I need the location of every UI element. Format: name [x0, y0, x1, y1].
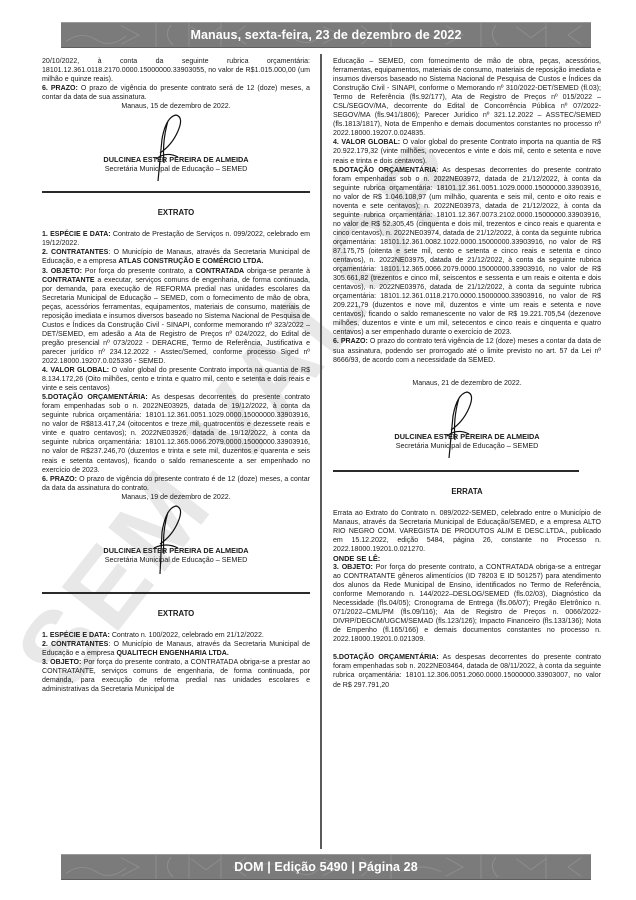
place-date: Manaus, 21 de dezembro de 2022.	[333, 379, 601, 388]
objeto-clause: 3. OBJETO: Por força do presente contrat…	[42, 658, 310, 694]
prazo-clause: 6. PRAZO: O prazo do contrato terá vigên…	[333, 337, 601, 364]
especie-clause: 1. ESPÉCIE E DATA: Contrato n. 100/2022,…	[42, 631, 310, 640]
extrato-title: EXTRATO	[42, 208, 310, 217]
prazo-clause: 6. PRAZO: O prazo de vigência do present…	[42, 84, 310, 102]
extrato-title: EXTRATO	[42, 609, 310, 618]
dotacao-clause: 5.DOTAÇÃO ORÇAMENTÁRIA: As despesas deco…	[333, 166, 601, 338]
signatory-role: Secretária Municipal de Educação – SEMED	[42, 164, 310, 173]
contratantes-clause: 2. CONTRATANTES: O Município de Manaus, …	[42, 640, 310, 658]
contract-continuation: 20/10/2022, à conta da seguinte rubrica …	[42, 57, 310, 84]
column-divider	[320, 54, 322, 849]
signature-block: DULCINEA ESTER PEREIRA DE ALMEIDA Secret…	[42, 502, 310, 574]
objeto-continuation: Educação – SEMED, com fornecimento de mã…	[333, 57, 601, 138]
onde-se-le-heading: ONDE SE LÊ:	[333, 554, 601, 563]
errata-title: ERRATA	[333, 487, 601, 496]
valor-clause: 4. VALOR GLOBAL: O valor global do prese…	[42, 366, 310, 393]
contratantes-clause: 2. CONTRATANTES: O Município de Manaus, …	[42, 248, 310, 266]
header-band: Manaus, sexta-feira, 23 de dezembro de 2…	[61, 22, 591, 48]
especie-clause: 1. ESPÉCIE E DATA: Contrato de Prestação…	[42, 230, 310, 248]
place-date: Manaus, 15 de dezembro de 2022.	[42, 102, 310, 111]
section-divider	[42, 592, 310, 594]
dotacao-clause: 5.DOTAÇÃO ORÇAMENTÁRIA: As despesas deco…	[42, 393, 310, 474]
objeto-clause: 3. OBJETO: Por força do presente contrat…	[333, 563, 601, 644]
signatory-name: DULCINEA ESTER PEREIRA DE ALMEIDA	[42, 155, 310, 164]
errata-intro: Errata ao Extrato do Contrato n. 089/202…	[333, 509, 601, 554]
place-date: Manaus, 19 de dezembro de 2022.	[42, 493, 310, 502]
dotacao-clause: 5.DOTAÇÃO ORÇAMENTÁRIA: As despesas deco…	[333, 653, 601, 689]
section-divider	[333, 470, 579, 472]
signatory-name: DULCINEA ESTER PEREIRA DE ALMEIDA	[42, 546, 310, 555]
signature-block: DULCINEA ESTER PEREIRA DE ALMEIDA Secret…	[42, 111, 310, 183]
signature-block: DULCINEA ESTER PEREIRA DE ALMEIDA Secret…	[333, 388, 601, 460]
signatory-role: Secretária Municipal de Educação – SEMED	[42, 555, 310, 564]
section-divider	[42, 191, 310, 193]
left-column: 20/10/2022, à conta da seguinte rubrica …	[42, 57, 310, 847]
signatory-name: DULCINEA ESTER PEREIRA DE ALMEIDA	[333, 432, 601, 441]
footer-band: DOM | Edição 5490 | Página 28	[61, 854, 591, 880]
right-column: Educação – SEMED, com fornecimento de mã…	[333, 57, 601, 847]
prazo-clause: 6. PRAZO: O prazo de vigência do present…	[42, 475, 310, 493]
signatory-role: Secretária Municipal de Educação – SEMED	[333, 441, 601, 450]
valor-clause: 4. VALOR GLOBAL: O valor global do prese…	[333, 138, 601, 165]
edition-date: Manaus, sexta-feira, 23 de dezembro de 2…	[190, 28, 461, 42]
objeto-clause: 3. OBJETO: Por força do presente contrat…	[42, 267, 310, 367]
edition-page-info: DOM | Edição 5490 | Página 28	[234, 860, 418, 874]
